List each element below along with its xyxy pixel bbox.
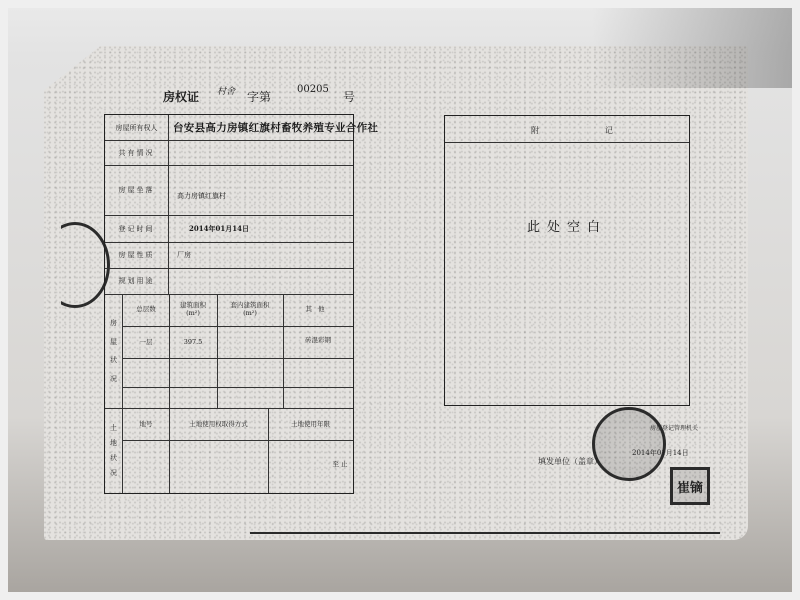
notes-heading: 附 记 <box>445 116 689 143</box>
certificate-type-label: 房权证 <box>163 88 199 105</box>
registration-time-value: 2014年01月14日 <box>189 215 249 242</box>
side-char: 土 <box>110 423 117 433</box>
row-registration-time: 登记时间 2014年01月14日 <box>105 215 353 243</box>
property-nature-value: 厂房 <box>177 242 191 268</box>
property-info-table: 房屋所有权人 台安县高力房镇红旗村畜牧养殖专业合作社 共有情况 房屋坐落 高力房… <box>104 114 354 494</box>
side-char: 房 <box>110 318 117 328</box>
personal-seal-stamp: 崔镝 <box>670 467 710 505</box>
row-location: 房屋坐落 高力房镇红旗村 <box>105 165 353 216</box>
side-char: 状 <box>110 453 117 463</box>
hao-label: 号 <box>343 88 355 105</box>
cell-land-term: 至 止 <box>331 460 349 468</box>
handwritten-prefix: 村舍 <box>217 84 235 97</box>
land-status-side-label: 土 地 状 况 <box>105 408 123 493</box>
side-char: 况 <box>110 468 117 478</box>
col-inner-area: 套内建筑面积 (m²) <box>217 301 283 317</box>
side-char: 屋 <box>110 337 117 347</box>
notes-heading-right: 记 <box>605 125 613 136</box>
registration-time-label: 登记时间 <box>105 215 169 242</box>
col-building-area: 建筑面积 (m²) <box>169 301 217 317</box>
cell-building-area: 397.5 <box>169 338 217 346</box>
col-total-floors: 总层数 <box>123 305 169 313</box>
house-status-side-label: 房 屋 状 况 <box>105 294 123 408</box>
owner-value: 台安县高力房镇红旗村畜牧养殖专业合作社 <box>173 115 378 140</box>
row-planned-use: 规划用途 <box>105 268 353 295</box>
notes-box: 附 记 此处空白 <box>444 115 690 406</box>
co-ownership-label: 共有情况 <box>105 140 169 165</box>
divider <box>123 387 353 388</box>
owner-label: 房屋所有权人 <box>105 115 169 140</box>
paper-edge-line <box>250 532 720 534</box>
cell-floors: 一层 <box>123 338 169 346</box>
row-owner: 房屋所有权人 台安县高力房镇红旗村畜牧养殖专业合作社 <box>105 115 353 141</box>
row-co-ownership: 共有情况 <box>105 140 353 166</box>
official-seal-stamp <box>592 407 666 481</box>
side-char: 状 <box>110 355 117 365</box>
col-land-term: 土地使用年限 <box>268 420 353 428</box>
col-other: 其他 <box>283 305 353 313</box>
planned-use-label: 规划用途 <box>105 268 169 294</box>
col-land-acquisition: 土地使用权取得方式 <box>169 420 268 428</box>
side-char: 地 <box>110 438 117 448</box>
blank-note: 此处空白 <box>445 216 689 235</box>
divider <box>123 440 353 441</box>
property-nature-label: 房屋性质 <box>105 242 169 268</box>
divider <box>123 326 353 327</box>
zi-di-label: 字第 <box>247 88 271 105</box>
issue-date: 2014年01月14日 <box>632 448 689 458</box>
divider <box>123 358 353 359</box>
col-land-number: 地号 <box>123 420 169 428</box>
cell-other: 砖混彩钢 <box>283 336 353 344</box>
notes-heading-left: 附 <box>531 125 539 136</box>
location-label: 房屋坐落 <box>105 165 169 215</box>
row-property-nature: 房屋性质 厂房 <box>105 242 353 269</box>
side-char: 况 <box>110 374 117 384</box>
certificate-number: 00205 <box>297 84 329 95</box>
divider <box>105 408 353 409</box>
certificate-header: 房权证 村舍 字第 00205 号 <box>155 84 365 106</box>
issuer-label: 填发单位（盖章） <box>538 456 602 467</box>
location-value: 高力房镇红旗村 <box>177 171 226 221</box>
